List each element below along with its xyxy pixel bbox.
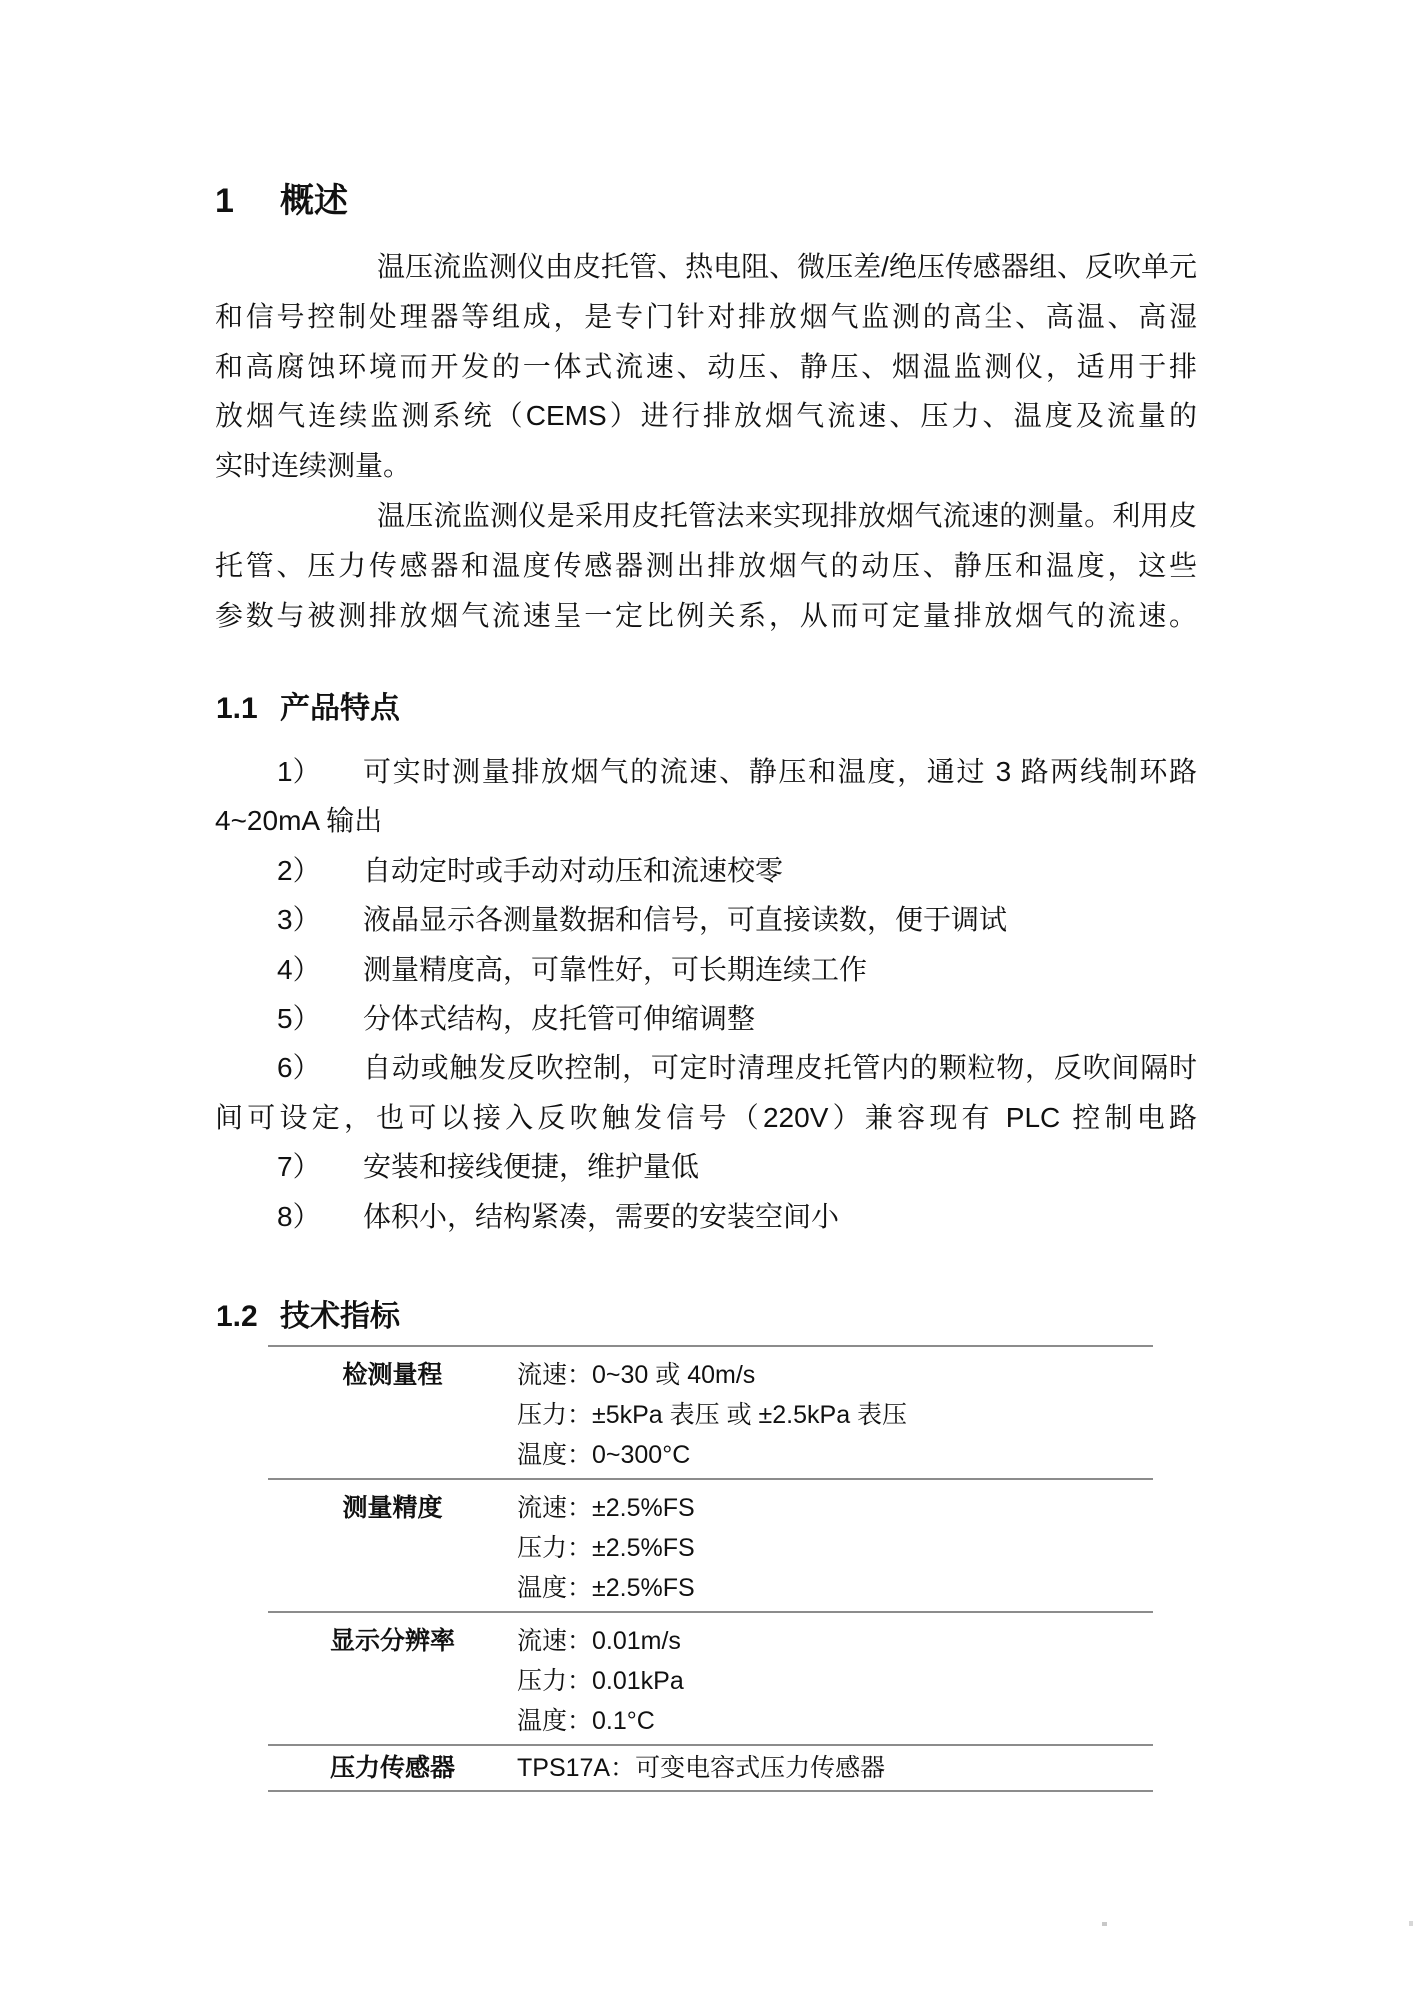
- list-item-continuation: 4~20mA 输出: [215, 796, 1197, 845]
- row-values: TPS17A：可变电容式压力传感器: [517, 1748, 1153, 1788]
- row-label: 检测量程: [268, 1355, 517, 1475]
- row-label: 显示分辨率: [268, 1621, 517, 1741]
- table-row: 压力传感器 TPS17A：可变电容式压力传感器: [268, 1744, 1153, 1790]
- row-label: 测量精度: [268, 1488, 517, 1608]
- section-1-heading: 1概述: [215, 183, 348, 220]
- paragraph-line: 放烟气连续监测系统（CEMS）进行排放烟气流速、压力、温度及流量的: [215, 391, 1197, 441]
- spec-table: 检测量程 流速：0~30 或 40m/s 压力：±5kPa 表压 或 ±2.5k…: [268, 1345, 1153, 1792]
- list-item-text: 自动定时或手动对动压和流速校零: [363, 846, 1197, 895]
- document-page: 1概述 温压流监测仪由皮托管、热电阻、微压差/绝压传感器组、反吹单元 和信号控制…: [0, 0, 1414, 2000]
- list-item-text: 自动或触发反吹控制，可定时清理皮托管内的颗粒物，反吹间隔时: [363, 1043, 1197, 1092]
- list-item-continuation: 间可设定，也可以接入反吹触发信号（220V）兼容现有 PLC 控制电路: [215, 1093, 1197, 1142]
- list-item-number: 6）: [277, 1043, 363, 1092]
- section-1-2-number: 1.2: [216, 1300, 280, 1333]
- spec-value: 流速：±2.5%FS: [517, 1488, 1153, 1528]
- section-1-2-heading: 1.2技术指标: [216, 1300, 400, 1333]
- paragraph-line: 实时连续测量。: [215, 441, 1197, 491]
- list-item-number: 1）: [277, 747, 363, 796]
- scan-artifact-dot: [1409, 1921, 1413, 1926]
- table-row: 检测量程 流速：0~30 或 40m/s 压力：±5kPa 表压 或 ±2.5k…: [268, 1345, 1153, 1478]
- paragraph-line: 和高腐蚀环境而开发的一体式流速、动压、静压、烟温监测仪，适用于排: [215, 342, 1197, 392]
- spec-value: 压力：±2.5%FS: [517, 1528, 1153, 1568]
- list-item-number: 8）: [277, 1192, 363, 1241]
- list-item-number: 5）: [277, 994, 363, 1043]
- row-values: 流速：0.01m/s 压力：0.01kPa 温度：0.1°C: [517, 1621, 1153, 1741]
- list-item: 7） 安装和接线便捷，维护量低: [215, 1142, 1197, 1191]
- list-item: 4） 测量精度高，可靠性好，可长期连续工作: [215, 945, 1197, 994]
- section-1-title: 概述: [280, 182, 348, 220]
- list-item-text: 测量精度高，可靠性好，可长期连续工作: [363, 945, 1197, 994]
- paragraph-line: 和信号控制处理器等组成，是专门针对排放烟气监测的高尘、高温、高湿: [215, 292, 1197, 342]
- list-item: 5） 分体式结构，皮托管可伸缩调整: [215, 994, 1197, 1043]
- list-item-number: 4）: [277, 945, 363, 994]
- list-item: 1） 可实时测量排放烟气的流速、静压和温度，通过 3 路两线制环路: [215, 747, 1197, 796]
- list-item: 3） 液晶显示各测量数据和信号，可直接读数，便于调试: [215, 895, 1197, 944]
- table-row: 显示分辨率 流速：0.01m/s 压力：0.01kPa 温度：0.1°C: [268, 1611, 1153, 1744]
- overview-paragraphs: 温压流监测仪由皮托管、热电阻、微压差/绝压传感器组、反吹单元 和信号控制处理器等…: [215, 242, 1197, 640]
- spec-value: TPS17A：可变电容式压力传感器: [517, 1748, 1153, 1788]
- list-item-text: 液晶显示各测量数据和信号，可直接读数，便于调试: [363, 895, 1197, 944]
- table-row: 测量精度 流速：±2.5%FS 压力：±2.5%FS 温度：±2.5%FS: [268, 1478, 1153, 1611]
- spec-value: 流速：0~30 或 40m/s: [517, 1355, 1153, 1395]
- paragraph-line: 温压流监测仪由皮托管、热电阻、微压差/绝压传感器组、反吹单元: [215, 242, 1197, 292]
- section-1-number: 1: [215, 183, 280, 220]
- spec-value: 温度：0~300°C: [517, 1435, 1153, 1475]
- list-item-number: 3）: [277, 895, 363, 944]
- spec-value: 温度：±2.5%FS: [517, 1568, 1153, 1608]
- scan-artifact-dot: [1102, 1922, 1107, 1926]
- spec-value: 温度：0.1°C: [517, 1701, 1153, 1741]
- paragraph-line: 温压流监测仪是采用皮托管法来实现排放烟气流速的测量。利用皮: [215, 491, 1197, 541]
- section-1-1-heading: 1.1产品特点: [216, 692, 400, 725]
- spec-value: 压力：±5kPa 表压 或 ±2.5kPa 表压: [517, 1395, 1153, 1435]
- spec-value: 压力：0.01kPa: [517, 1661, 1153, 1701]
- section-1-1-title: 产品特点: [280, 692, 400, 725]
- list-item-text: 分体式结构，皮托管可伸缩调整: [363, 994, 1197, 1043]
- list-item-number: 7）: [277, 1142, 363, 1191]
- row-values: 流速：±2.5%FS 压力：±2.5%FS 温度：±2.5%FS: [517, 1488, 1153, 1608]
- paragraph-line: 参数与被测排放烟气流速呈一定比例关系，从而可定量排放烟气的流速。: [215, 591, 1197, 641]
- list-item: 8） 体积小，结构紧凑，需要的安装空间小: [215, 1192, 1197, 1241]
- spec-value: 流速：0.01m/s: [517, 1621, 1153, 1661]
- list-item-number: 2）: [277, 846, 363, 895]
- section-1-1-number: 1.1: [216, 692, 280, 725]
- list-item: 6） 自动或触发反吹控制，可定时清理皮托管内的颗粒物，反吹间隔时: [215, 1043, 1197, 1092]
- list-item-text: 安装和接线便捷，维护量低: [363, 1142, 1197, 1191]
- list-item-text: 可实时测量排放烟气的流速、静压和温度，通过 3 路两线制环路: [363, 747, 1197, 796]
- row-values: 流速：0~30 或 40m/s 压力：±5kPa 表压 或 ±2.5kPa 表压…: [517, 1355, 1153, 1475]
- list-item: 2） 自动定时或手动对动压和流速校零: [215, 846, 1197, 895]
- paragraph-line: 托管、压力传感器和温度传感器测出排放烟气的动压、静压和温度，这些: [215, 541, 1197, 591]
- list-item-text: 体积小，结构紧凑，需要的安装空间小: [363, 1192, 1197, 1241]
- row-label: 压力传感器: [268, 1748, 517, 1788]
- section-1-2-title: 技术指标: [280, 1300, 400, 1333]
- feature-list: 1） 可实时测量排放烟气的流速、静压和温度，通过 3 路两线制环路 4~20mA…: [215, 747, 1197, 1241]
